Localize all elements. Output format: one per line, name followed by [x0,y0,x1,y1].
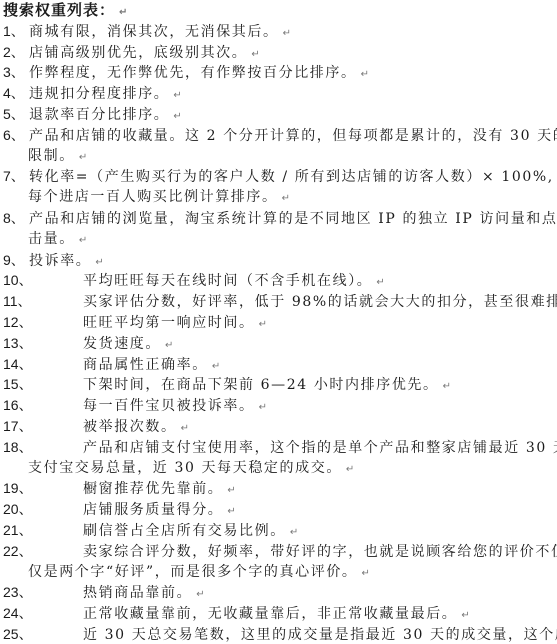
list-item: 25、近 30 天总交易笔数，这里的成交量是指最近 30 天的成交量，这个成交 [3,624,557,644]
list-item: 20、店铺服务质量得分。↵ [3,499,557,520]
paragraph-mark-icon: ↵ [212,361,220,372]
item-text: 投诉率。 [29,253,91,269]
item-text-continued: 击量。 [28,231,75,247]
list-item: 6、产品和店铺的收藏量。这 2 个分开计算的，但每项都是累计的，没有 30 天的 [3,125,557,146]
item-text: 违规扣分程度排序。 [29,86,169,102]
title-text: 搜索权重列表： [3,1,115,19]
list-item: 19、橱窗推荐优先靠前。↵ [3,478,557,499]
paragraph-mark-icon: ↵ [346,464,354,475]
list-item-continuation: 仅是两个字“好评”，而是很多个字的真心评价。↵ [3,562,557,583]
list-item: 7、转化率=（产生购买行为的客户人数 / 所有到达店铺的访客人数）× 100%, [3,166,557,187]
list-item: 2、店铺高级别优先，底级别其次。↵ [3,42,557,63]
paragraph-mark-icon: ↵ [196,589,204,600]
paragraph-mark-icon: ↵ [227,506,235,517]
list-item: 15、下架时间，在商品下架前 6—24 小时内排序优先。↵ [3,374,557,395]
item-number: 8、 [3,208,29,229]
item-text: 被举报次数。 [83,419,177,435]
list-item: 17、被举报次数。↵ [3,416,557,437]
item-text: 近 30 天总交易笔数，这里的成交量是指最近 30 天的成交量，这个成交 [83,627,557,643]
item-text: 转化率=（产生购买行为的客户人数 / 所有到达店铺的访客人数）× 100%, [29,169,554,185]
item-number: 6、 [3,125,29,146]
item-text-continued: 限制。 [28,148,75,164]
paragraph-mark-icon: ↵ [165,340,173,351]
paragraph-mark-icon: ↵ [259,319,267,330]
item-number: 20、 [3,499,83,520]
paragraph-mark-icon: ↵ [95,257,103,268]
list-item: 16、每一百件宝贝被投诉率。↵ [3,395,557,416]
item-number: 15、 [3,374,83,395]
item-number: 3、 [3,62,29,83]
list-item-continuation: 支付宝交易总量，近 30 天每天稳定的成交。↵ [3,458,557,479]
paragraph-mark-icon: ↵ [227,485,235,496]
item-text: 平均旺旺每天在线时间（不含手机在线）。 [83,273,372,289]
item-text: 橱窗推荐优先靠前。 [83,481,223,497]
item-text-continued: 支付宝交易总量，近 30 天每天稳定的成交。 [28,460,342,476]
item-number: 23、 [3,582,83,603]
list-item-continuation: 击量。↵ [3,229,557,250]
item-number: 1、 [3,21,29,42]
paragraph-mark-icon: ↵ [181,423,189,434]
list-item: 8、产品和店铺的浏览量，淘宝系统计算的是不同地区 IP 的独立 IP 访问量和点 [3,208,557,229]
list-item: 10、平均旺旺每天在线时间（不含手机在线）。↵ [3,270,557,291]
item-number: 19、 [3,478,83,499]
item-text: 产品和店铺的浏览量，淘宝系统计算的是不同地区 IP 的独立 IP 访问量和点 [29,211,557,227]
paragraph-mark-icon: ↵ [173,111,181,122]
list-item: 24、正常收藏量靠前，无收藏量靠后，非正常收藏量最后。↵ [3,603,557,624]
item-text: 产品和店铺的收藏量。这 2 个分开计算的，但每项都是累计的，没有 30 天的 [29,128,557,144]
list-item-continuation: 限制。↵ [3,146,557,167]
list-item: 4、违规扣分程度排序。↵ [3,83,557,104]
paragraph-mark-icon: ↵ [461,610,469,621]
item-text: 作弊程度，无作弊优先，有作弊按百分比排序。 [29,65,357,81]
item-number: 10、 [3,270,83,291]
item-text: 热销商品靠前。 [83,585,192,601]
item-text: 店铺高级别优先，底级别其次。 [29,45,247,61]
paragraph-mark-icon: ↵ [361,69,369,80]
item-text: 正常收藏量靠前，无收藏量靠后，非正常收藏量最后。 [83,606,457,622]
list-item: 11、买家评估分数，好评率，低于 98%的话就会大大的扣分，甚至很难排上。↵ [3,291,557,312]
item-text: 每一百件宝贝被投诉率。 [83,398,255,414]
item-number: 25、 [3,624,83,644]
item-text: 刷信誉占全店所有交易比例。 [83,523,286,539]
item-text-continued: 每个进店一百人购买比例计算排序。 [28,189,278,205]
paragraph-mark-icon: ↵ [443,381,451,392]
list-item: 23、热销商品靠前。↵ [3,582,557,603]
item-number: 12、 [3,312,83,333]
item-text: 下架时间，在商品下架前 6—24 小时内排序优先。 [83,377,439,393]
item-number: 22、 [3,541,83,562]
item-number: 5、 [3,104,29,125]
list-item: 21、刷信誉占全店所有交易比例。↵ [3,520,557,541]
list-item: 14、商品属性正确率。↵ [3,354,557,375]
item-number: 14、 [3,354,83,375]
item-number: 4、 [3,83,29,104]
item-number: 24、 [3,603,83,624]
paragraph-mark-icon: ↵ [119,7,128,18]
document-title: 搜索权重列表：↵ [3,0,557,21]
paragraph-mark-icon: ↵ [376,277,384,288]
paragraph-mark-icon: ↵ [79,235,87,246]
document-body: 搜索权重列表：↵ 1、商城有限，消保其次，无消保其后。↵2、店铺高级别优先，底级… [0,0,557,644]
list-item: 13、发货速度。↵ [3,333,557,354]
paragraph-mark-icon: ↵ [79,152,87,163]
list-item: 3、作弊程度，无作弊优先，有作弊按百分比排序。↵ [3,62,557,83]
paragraph-mark-icon: ↵ [173,90,181,101]
list-item: 5、退款率百分比排序。↵ [3,104,557,125]
paragraph-mark-icon: ↵ [251,49,259,60]
item-number: 2、 [3,42,29,63]
paragraph-mark-icon: ↵ [282,193,290,204]
list-item: 12、旺旺平均第一响应时间。↵ [3,312,557,333]
item-number: 18、 [3,437,83,458]
item-number: 11、 [3,291,83,312]
item-number: 13、 [3,333,83,354]
item-number: 21、 [3,520,83,541]
item-number: 9、 [3,250,29,271]
weight-list: 1、商城有限，消保其次，无消保其后。↵2、店铺高级别优先，底级别其次。↵3、作弊… [3,21,557,644]
list-item-continuation: 每个进店一百人购买比例计算排序。↵ [3,187,557,208]
item-number: 7、 [3,166,29,187]
item-number: 17、 [3,416,83,437]
item-text: 店铺服务质量得分。 [83,502,223,518]
paragraph-mark-icon: ↵ [259,402,267,413]
paragraph-mark-icon: ↵ [290,527,298,538]
item-number: 16、 [3,395,83,416]
item-text: 发货速度。 [83,336,161,352]
item-text-continued: 仅是两个字“好评”，而是很多个字的真心评价。 [28,564,358,580]
paragraph-mark-icon: ↵ [283,28,291,39]
item-text: 卖家综合评分数，好频率，带好评的字，也就是说顾客给您的评价不仅 [83,544,557,560]
list-item: 18、产品和店铺支付宝使用率，这个指的是单个产品和整家店铺最近 30 天的 [3,437,557,458]
item-text: 商城有限，消保其次，无消保其后。 [29,24,279,40]
item-text: 商品属性正确率。 [83,357,208,373]
item-text: 买家评估分数，好评率，低于 98%的话就会大大的扣分，甚至很难排上。 [83,294,557,310]
item-text: 旺旺平均第一响应时间。 [83,315,255,331]
list-item: 1、商城有限，消保其次，无消保其后。↵ [3,21,557,42]
list-item: 22、卖家综合评分数，好频率，带好评的字，也就是说顾客给您的评价不仅 [3,541,557,562]
list-item: 9、投诉率。↵ [3,250,557,271]
paragraph-mark-icon: ↵ [362,568,370,579]
item-text: 退款率百分比排序。 [29,107,169,123]
item-text: 产品和店铺支付宝使用率，这个指的是单个产品和整家店铺最近 30 天的 [83,440,557,456]
